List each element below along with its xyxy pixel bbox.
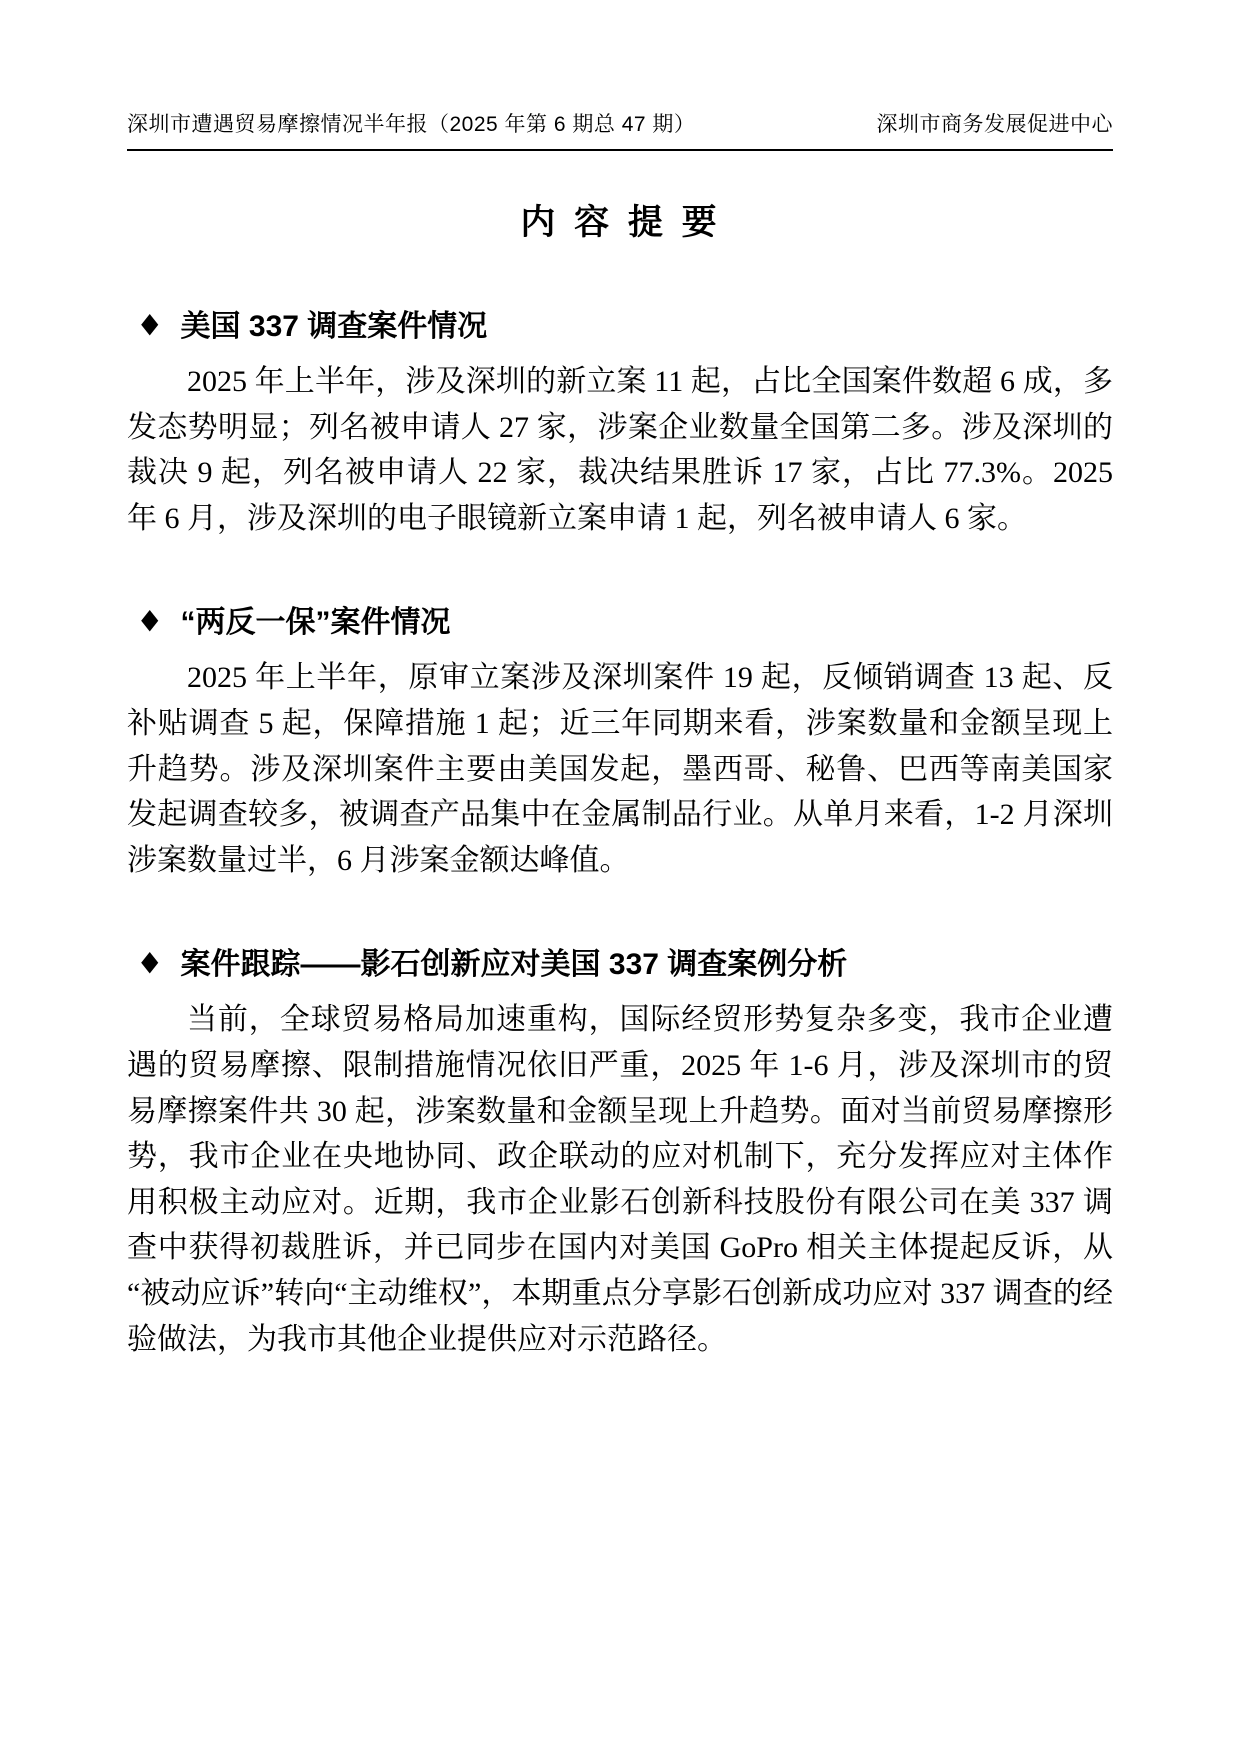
header-report-title: 深圳市遭遇贸易摩擦情况半年报（2025 年第 6 期总 47 期） [127,108,695,138]
section-heading: ◆ “两反一保”案件情况 [139,597,1113,641]
section-heading-text: 案件跟踪——影石创新应对美国 337 调查案例分析 [181,939,848,983]
section-paragraph: 2025 年上半年，原审立案涉及深圳案件 19 起，反倾销调查 13 起、反补贴… [127,655,1113,883]
header-organization: 深圳市商务发展促进中心 [877,108,1114,138]
diamond-bullet-icon: ◆ [141,309,158,337]
section-heading-text: 美国 337 调查案件情况 [181,301,488,345]
section-heading: ◆ 美国 337 调查案件情况 [139,301,1113,345]
section-case-tracking: ◆ 案件跟踪——影石创新应对美国 337 调查案例分析 当前，全球贸易格局加速重… [127,939,1113,1362]
section-heading-text: “两反一保”案件情况 [181,597,451,641]
diamond-bullet-icon: ◆ [141,605,158,633]
diamond-bullet-icon: ◆ [141,947,158,975]
page-header: 深圳市遭遇贸易摩擦情况半年报（2025 年第 6 期总 47 期） 深圳市商务发… [127,108,1113,151]
page-title: 内 容 提 要 [127,195,1113,245]
section-trade-remedy: ◆ “两反一保”案件情况 2025 年上半年，原审立案涉及深圳案件 19 起，反… [127,597,1113,883]
section-paragraph: 当前，全球贸易格局加速重构，国际经贸形势复杂多变，我市企业遭遇的贸易摩擦、限制措… [127,997,1113,1362]
section-us-337: ◆ 美国 337 调查案件情况 2025 年上半年，涉及深圳的新立案 11 起，… [127,301,1113,541]
section-heading: ◆ 案件跟踪——影石创新应对美国 337 调查案例分析 [139,939,1113,983]
report-page: 深圳市遭遇贸易摩擦情况半年报（2025 年第 6 期总 47 期） 深圳市商务发… [0,0,1240,1754]
section-paragraph: 2025 年上半年，涉及深圳的新立案 11 起，占比全国案件数超 6 成，多发态… [127,359,1113,541]
